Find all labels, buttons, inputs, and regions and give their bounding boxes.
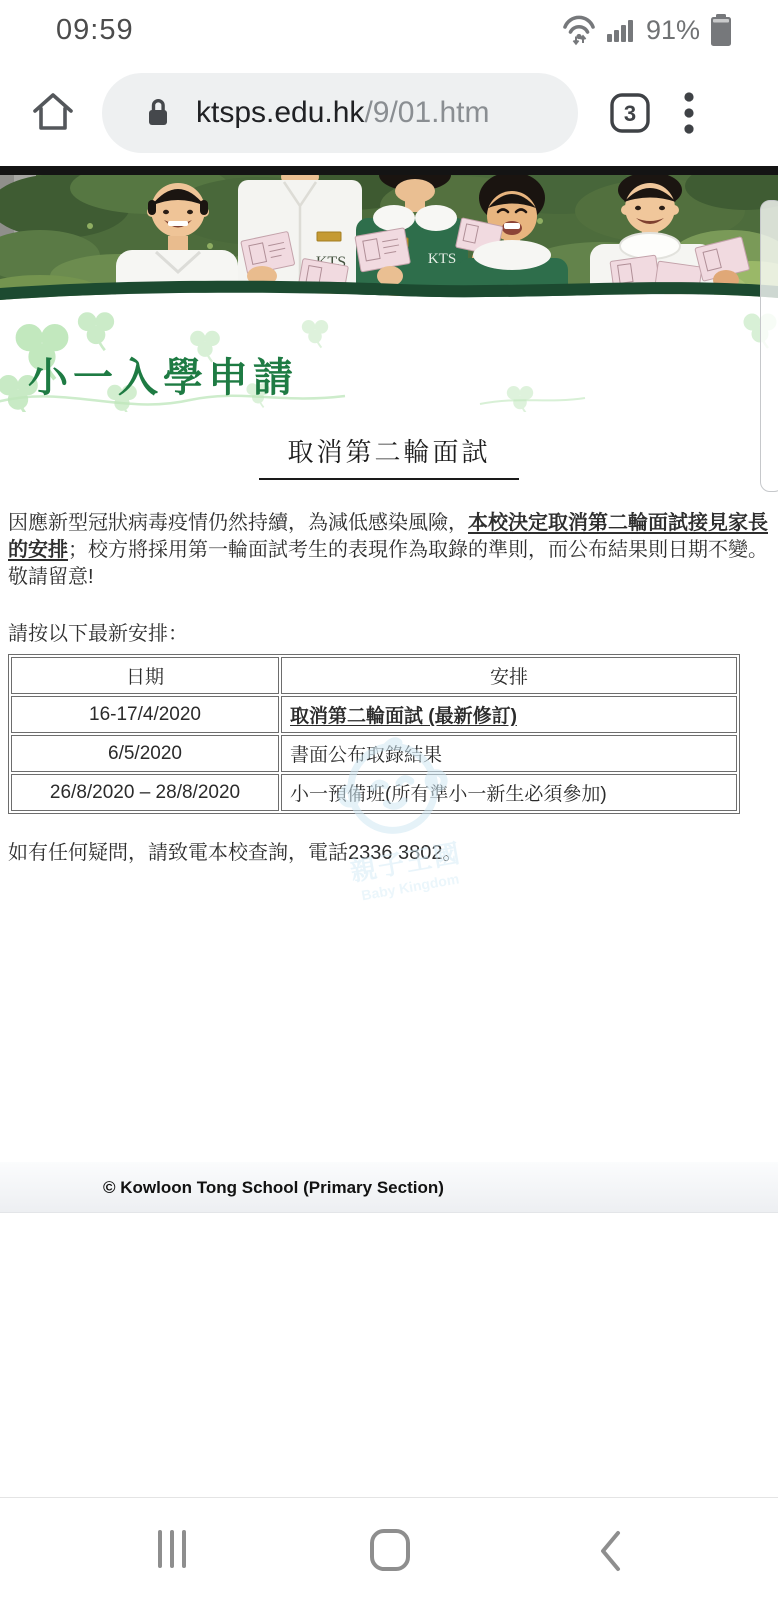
home-button[interactable] [30, 90, 76, 136]
row-arrangement: 小一預備班(所有準小一新生必須參加) [281, 774, 737, 811]
wave-white-fill [0, 293, 778, 312]
url-text: ktsps.edu.hk/9/01.htm [196, 96, 490, 130]
arrangement-intro: 請按以下最新安排： [8, 617, 770, 646]
back-button[interactable] [597, 1529, 623, 1573]
recents-button[interactable] [158, 1530, 186, 1568]
home-nav-button[interactable] [369, 1528, 411, 1572]
menu-button[interactable] [682, 90, 696, 136]
scrollbar-thumb[interactable] [760, 200, 778, 492]
battery-icon [708, 13, 734, 47]
col-header-date: 日期 [11, 657, 279, 694]
browser-toolbar: ktsps.edu.hk/9/01.htm 3 [0, 60, 778, 166]
schedule-table: 日期 安排 16-17/4/2020 取消第二輪面試 (最新修訂) 6/5/20… [8, 654, 740, 814]
tab-switcher-button[interactable]: 3 [608, 91, 652, 135]
svg-text:KTS: KTS [428, 251, 456, 267]
row-arrangement: 取消第二輪面試 (最新修訂) [281, 696, 737, 733]
banner-title: 小一入學申請 [28, 346, 298, 403]
phone-screen: 09:59 91% [0, 0, 778, 1600]
signal-strength-icon [606, 15, 636, 45]
school-children-photo: KTS [0, 166, 778, 312]
address-bar[interactable]: ktsps.edu.hk/9/01.htm [102, 73, 578, 153]
section-banner: 小一入學申請 [0, 312, 778, 412]
row-date: 16-17/4/2020 [11, 696, 279, 733]
table-header-row: 日期 安排 [11, 657, 737, 694]
battery-percent: 91% [646, 15, 700, 46]
lock-icon[interactable] [144, 96, 172, 130]
row-arrangement: 書面公布取錄結果 [281, 735, 737, 772]
article-heading: 取消第二輪面試 [0, 432, 778, 480]
row-date: 26/8/2020 – 28/8/2020 [11, 774, 279, 811]
android-nav-bar [0, 1497, 778, 1600]
wifi-icon [562, 14, 598, 46]
table-row: 16-17/4/2020 取消第二輪面試 (最新修訂) [11, 696, 737, 733]
notice-paragraph: 因應新型冠狀病毒疫情仍然持續，為減低感染風險，本校決定取消第二輪面試接見家長的安… [8, 510, 768, 591]
clock: 09:59 [56, 14, 134, 47]
contact-line: 如有任何疑問，請致電本校查詢，電話2336 3802。 [8, 836, 770, 865]
tab-count: 3 [608, 91, 652, 135]
url-path: /9/01.htm [364, 96, 489, 129]
url-host: ktsps.edu.hk [196, 96, 364, 129]
page-footer: © Kowloon Tong School (Primary Section) [0, 1162, 778, 1213]
col-header-arrangement: 安排 [281, 657, 737, 694]
table-row: 6/5/2020 書面公布取錄結果 [11, 735, 737, 772]
status-icons: 91% [562, 13, 734, 47]
watermark-name-en: Baby Kingdom [335, 866, 485, 908]
table-row: 26/8/2020 – 28/8/2020 小一預備班(所有準小一新生必須參加) [11, 774, 737, 811]
status-bar: 09:59 91% [0, 0, 778, 60]
row-date: 6/5/2020 [11, 735, 279, 772]
